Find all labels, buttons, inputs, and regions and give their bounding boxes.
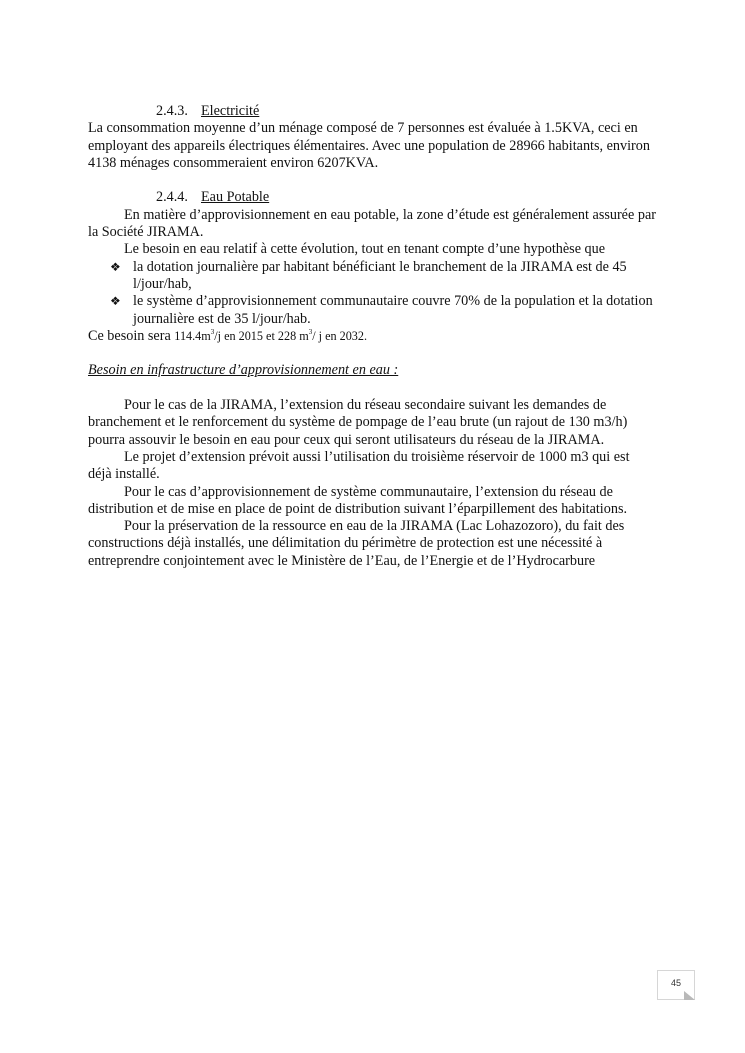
section-heading-eau-potable: 2.4.4.Eau Potable — [88, 189, 656, 206]
list-item: ❖ la dotation journalière par habitant b… — [88, 259, 656, 294]
infrastructure-paragraph: Pour la préservation de la ressource en … — [88, 518, 656, 570]
water-need-sentence: Ce besoin sera 114.4m3/j en 2015 et 228 … — [88, 328, 656, 345]
page-curl-icon — [684, 991, 695, 1000]
section-title: Electricité — [201, 103, 259, 119]
need-prefix: Ce besoin sera — [88, 328, 174, 344]
infrastructure-paragraph: Le projet d’extension prévoit aussi l’ut… — [88, 449, 656, 484]
diamond-bullet-icon: ❖ — [110, 293, 121, 310]
eau-intro-paragraph: En matière d’approvisionnement en eau po… — [88, 207, 656, 242]
section-heading-electricite: 2.4.3.Electricité — [88, 103, 656, 120]
electricite-paragraph: La consommation moyenne d’un ménage comp… — [88, 120, 656, 172]
need-value-2032: /j en 2015 et 228 m — [214, 329, 308, 343]
need-value-2015: 114.4m — [174, 329, 210, 343]
section-number: 2.4.4. — [156, 189, 201, 206]
section-title: Eau Potable — [201, 189, 269, 205]
infrastructure-paragraph: Pour le cas d’approvisionnement de systè… — [88, 484, 656, 519]
document-page: 2.4.3.Electricité La consommation moyenn… — [88, 103, 656, 570]
diamond-bullet-icon: ❖ — [110, 259, 121, 276]
section-number: 2.4.3. — [156, 103, 201, 120]
infrastructure-heading: Besoin en infrastructure d’approvisionne… — [88, 362, 656, 379]
hypothesis-paragraph: Le besoin en eau relatif à cette évoluti… — [88, 241, 656, 258]
bullet-text: la dotation journalière par habitant bén… — [133, 259, 627, 292]
page-number-box: 45 — [657, 970, 695, 1000]
infrastructure-paragraph: Pour le cas de la JIRAMA, l’extension du… — [88, 397, 656, 449]
bullet-text: le système d’approvisionnement communaut… — [133, 293, 653, 326]
need-suffix: / j en 2032. — [312, 329, 367, 343]
page-number: 45 — [671, 978, 681, 988]
list-item: ❖ le système d’approvisionnement communa… — [88, 293, 656, 328]
